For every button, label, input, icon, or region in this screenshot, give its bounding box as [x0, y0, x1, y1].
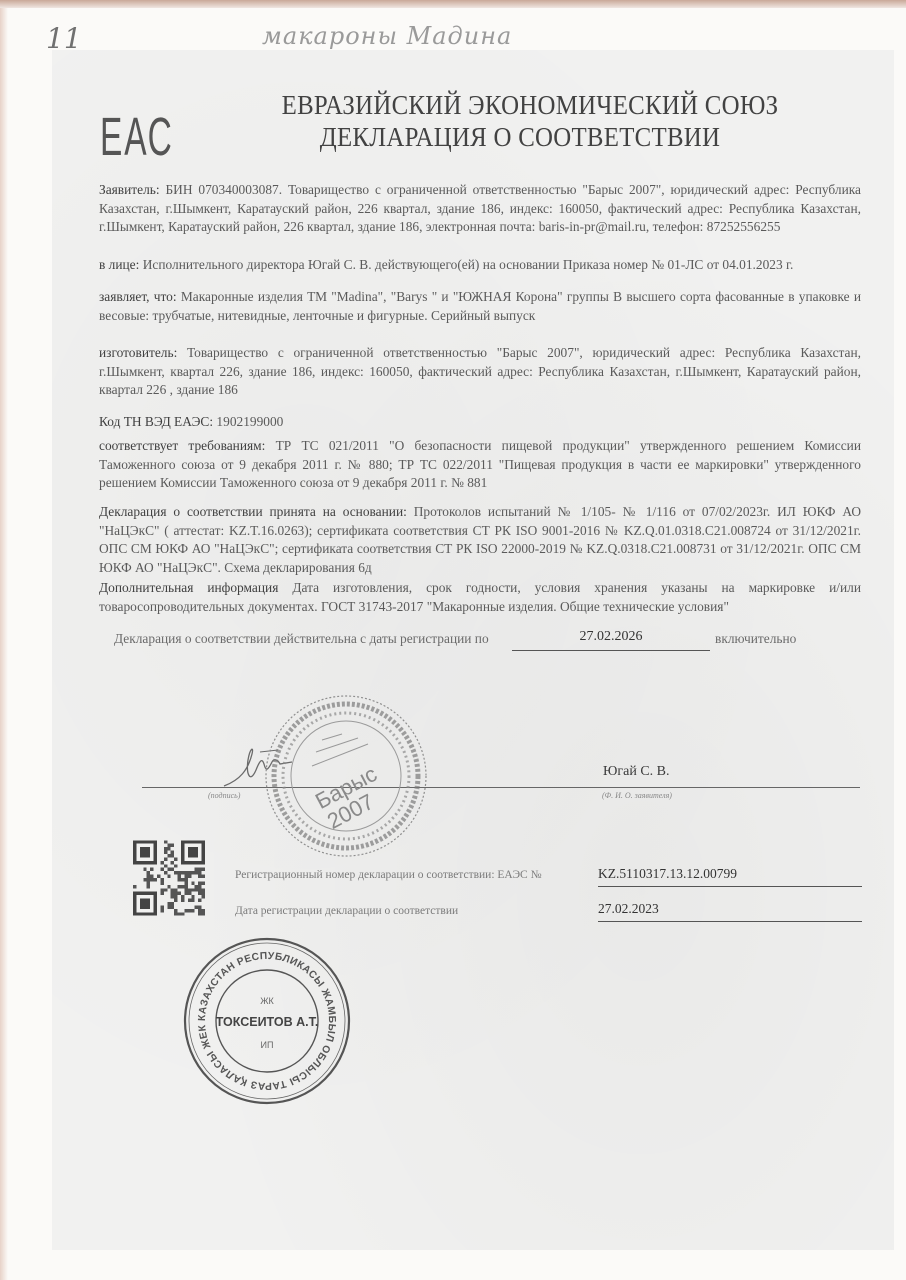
registrar-stamp-bottom: ИП: [261, 1040, 274, 1050]
registrar-stamp-name: ТОКСЕИТОВ А.Т.: [216, 1015, 319, 1029]
conformity-section: соответствует требованиям: ТР ТС 021/201…: [99, 437, 861, 493]
validity-suffix: включительно: [715, 631, 796, 647]
signer-name: Югай С. В.: [603, 764, 670, 780]
signature-line: [142, 787, 860, 788]
signature-caption: (подпись): [208, 791, 240, 800]
applicant-section: Заявитель: БИН 070340003087. Товариществ…: [99, 181, 861, 237]
representative-text: Исполнительного директора Югай С. В. дей…: [139, 257, 793, 272]
photo-edge-top: [0, 0, 906, 8]
validity-date: 27.02.2026: [512, 629, 710, 651]
additional-info-section: Дополнительная информация Дата изготовле…: [99, 579, 861, 616]
registrar-stamp-top: ЖК: [260, 996, 274, 1006]
declares-text: Макаронные изделия ТМ "Madina", "Barys "…: [99, 289, 861, 323]
applicant-text: БИН 070340003087. Товарищество с огранич…: [99, 182, 861, 234]
basis-section: Декларация о соответствии принята на осн…: [99, 503, 861, 577]
declares-section: заявляет, что: Макаронные изделия ТМ "Ma…: [99, 288, 861, 325]
registrar-stamp-icon: КАЗАХСТАН РЕСПУБЛИКАСЫ ЖАМБЫЛ ОБЛЫСЫ ТАР…: [182, 936, 352, 1106]
document-title-union: ЕВРАЗИЙСКИЙ ЭКОНОМИЧЕСКИЙ СОЮЗ: [199, 90, 861, 121]
handwritten-note: макароны Мадина: [262, 22, 512, 50]
qr-code-icon[interactable]: [133, 840, 205, 916]
registration-date: 27.02.2023: [598, 901, 862, 922]
validity-label: Декларация о соответствии действительна …: [114, 631, 489, 647]
representative-section: в лице: Исполнительного директора Югай С…: [99, 256, 861, 275]
manufacturer-label: изготовитель:: [99, 345, 177, 360]
basis-label: Декларация о соответствии принята на осн…: [99, 504, 407, 519]
eac-logo-icon: ЕАС: [100, 112, 137, 162]
hs-code-label: Код ТН ВЭД ЕАЭС:: [99, 414, 213, 429]
hs-code-section: Код ТН ВЭД ЕАЭС: 1902199000: [99, 413, 861, 432]
conformity-label: соответствует требованиям:: [99, 438, 265, 453]
company-stamp-icon: Барыс 2007: [262, 692, 430, 860]
signer-caption: (Ф. И. О. заявителя): [602, 791, 672, 800]
document-title-declaration: ДЕКЛАРАЦИЯ О СООТВЕТСТВИИ: [189, 122, 851, 153]
representative-label: в лице:: [99, 257, 139, 272]
applicant-label: Заявитель:: [99, 182, 160, 197]
photo-edge-left: [0, 8, 8, 1280]
additional-info-label: Дополнительная информация: [99, 580, 278, 595]
registration-number-label: Регистрационный номер декларации о соотв…: [235, 869, 542, 881]
registration-number: KZ.5110317.13.12.00799: [598, 866, 862, 887]
manufacturer-section: изготовитель: Товарищество с ограниченно…: [99, 344, 861, 400]
declares-label: заявляет, что:: [99, 289, 177, 304]
registration-date-label: Дата регистрации декларации о соответств…: [235, 905, 458, 917]
manufacturer-text: Товарищество с ограниченной ответственно…: [99, 345, 861, 397]
hs-code-value: 1902199000: [213, 414, 283, 429]
